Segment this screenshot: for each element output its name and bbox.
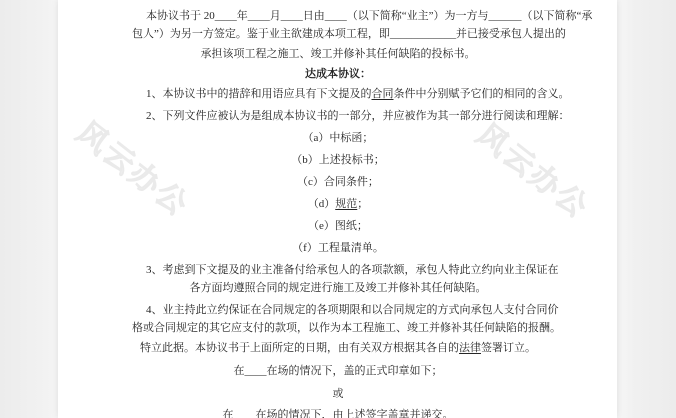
doc-list-item-b: （b）上述投标书；	[132, 151, 544, 169]
inline-link[interactable]: 规范	[335, 198, 357, 210]
doc-text: 各方面均遵照合同的规定进行施工及竣工并修补其任何缺陷。	[190, 282, 487, 294]
doc-text: 包人”）为另一方签定。鉴于业主欲建成本项工程，即____________并已接受…	[132, 28, 566, 40]
doc-text: 在____在场的情况下，由上述签字盖章并递交。	[223, 409, 454, 418]
doc-line-intro-2: 包人”）为另一方签定。鉴于业主欲建成本项工程，即____________并已接受…	[132, 25, 544, 43]
doc-text: 在____在场的情况下，盖的正式印章如下；	[234, 365, 443, 377]
doc-clause-1: 1、本协议书中的措辞和用语应具有下文提及的合同条件中分别赋予它们的相同的含义。	[132, 85, 544, 103]
doc-text: 3、考虑到下文提及的业主准备付给承包人的各项款额，承包人特此立约向业主保证在	[146, 264, 559, 276]
doc-clause-3-line-1: 3、考虑到下文提及的业主准备付给承包人的各项款额，承包人特此立约向业主保证在	[132, 261, 544, 279]
doc-text: 或	[333, 388, 344, 400]
doc-text: （c）合同条件；	[297, 176, 379, 188]
doc-clause-4-line-1: 4、业主持此立约保证在合同规定的各项期限和以合同规定的方式向承包人支付合同价	[132, 301, 544, 319]
doc-list-item-e: （e）图纸；	[132, 217, 544, 235]
doc-text: 承担该项工程之施工、竣工并修补其任何缺陷的投标书。	[201, 48, 476, 60]
doc-clause-3-line-2: 各方面均遵照合同的规定进行施工及竣工并修补其任何缺陷。	[132, 279, 544, 297]
doc-heading-agreement: 达成本协议：	[132, 65, 544, 83]
doc-text: 本协议书于 20____年____月____日由____（以下简称“业主”）为一…	[146, 10, 592, 22]
doc-text: 2、下列文件应被认为是组成本协议书的一部分，并应被作为其一部分进行阅读和理解：	[146, 110, 570, 122]
doc-seal-line: 在____在场的情况下，盖的正式印章如下；	[132, 362, 544, 380]
doc-text: （e）图纸；	[308, 220, 368, 232]
doc-list-item-d: （d）规范；	[132, 195, 544, 213]
document-viewer: 风云办公 风云办公 本协议书于 20____年____月____日由____（以…	[0, 0, 676, 418]
doc-clause-4-line-2: 格或合同规定的其它应支付的款项，以作为本工程施工、竣工并修补其任何缺陷的报酬。	[132, 319, 544, 337]
doc-or-line: 或	[132, 385, 544, 403]
doc-text: ；	[357, 198, 368, 210]
doc-line-intro-3: 承担该项工程之施工、竣工并修补其任何缺陷的投标书。	[132, 45, 544, 63]
doc-text: （f）工程量清单。	[292, 242, 384, 254]
doc-line-intro-1: 本协议书于 20____年____月____日由____（以下简称“业主”）为一…	[132, 7, 544, 25]
inline-link[interactable]: 合同	[372, 88, 394, 100]
doc-text: 达成本协议：	[305, 68, 371, 80]
doc-text: （d）	[308, 198, 336, 210]
doc-clause-2: 2、下列文件应被认为是组成本协议书的一部分，并应被作为其一部分进行阅读和理解：	[132, 107, 544, 125]
doc-list-item-c: （c）合同条件；	[132, 173, 544, 191]
doc-text: 条件中分别赋予它们的相同的含义。	[394, 88, 570, 100]
doc-text: 1、本协议书中的措辞和用语应具有下文提及的	[146, 88, 372, 100]
doc-signature-line: 在____在场的情况下，由上述签字盖章并递交。	[132, 406, 544, 418]
doc-closing-statement: 特立此据。本协议书于上面所定的日期，由有关双方根据其各自的法律签署订立。	[132, 339, 544, 357]
doc-text: （a）中标函；	[303, 132, 374, 144]
doc-text: 特立此据。本协议书于上面所定的日期，由有关双方根据其各自的	[140, 342, 459, 354]
doc-list-item-f: （f）工程量清单。	[132, 239, 544, 257]
doc-list-item-a: （a）中标函；	[132, 129, 544, 147]
doc-text: 4、业主持此立约保证在合同规定的各项期限和以合同规定的方式向承包人支付合同价	[146, 304, 559, 316]
doc-text: 格或合同规定的其它应支付的款项，以作为本工程施工、竣工并修补其任何缺陷的报酬。	[132, 322, 561, 334]
document-page: 风云办公 风云办公 本协议书于 20____年____月____日由____（以…	[58, 0, 617, 418]
doc-text: 签署订立。	[481, 342, 536, 354]
inline-link[interactable]: 法律	[459, 342, 481, 354]
doc-text: （b）上述投标书；	[291, 154, 385, 166]
